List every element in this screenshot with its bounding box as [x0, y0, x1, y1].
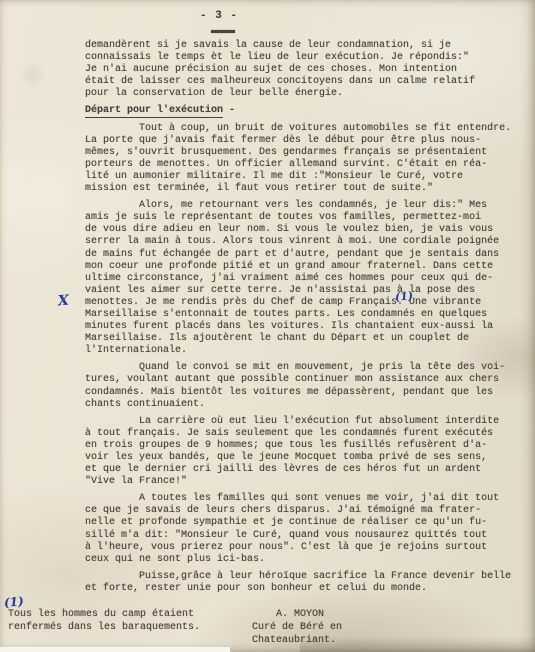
section-heading-text: Départ pour l'exécution — [85, 105, 223, 118]
paper-stain — [20, 60, 46, 90]
body-paragraph-3: Alors, me retournant vers les condamnés,… — [85, 200, 519, 357]
body-paragraph-4: Quand le convoi se mit en mouvement, je … — [85, 362, 519, 410]
page-number: - 3 - — [200, 10, 238, 22]
body-paragraph-5: La carrière où eut lieu l'exécution fut … — [85, 416, 519, 489]
footnote-text: Tous les hommes du camp étaient renfermé… — [8, 608, 200, 634]
scanned-document-page: - 3 - demandèrent si je savais la cause … — [0, 0, 535, 652]
body-paragraph-7: Puisse,grâce à leur héroïque sacrifice l… — [85, 571, 519, 595]
scan-edge-artifact — [0, 647, 230, 652]
section-heading-suffix: - — [223, 105, 235, 116]
signature-block: A. MOYON Curé de Béré en Chateaubriant. — [252, 608, 342, 647]
body-paragraph-2: Tout à coup, un bruit de voitures automo… — [85, 123, 519, 196]
body-paragraph-1: demandèrent si je savais la cause de leu… — [85, 40, 519, 100]
handwritten-x-mark: X — [57, 293, 69, 310]
document-body: demandèrent si je savais la cause de leu… — [85, 40, 519, 600]
handwritten-footnote-ref: (1) — [394, 289, 413, 304]
page-number-underline — [211, 30, 235, 33]
body-paragraph-6: A toutes les familles qui sont venues me… — [85, 493, 519, 566]
section-heading: Départ pour l'exécution - — [85, 105, 519, 117]
